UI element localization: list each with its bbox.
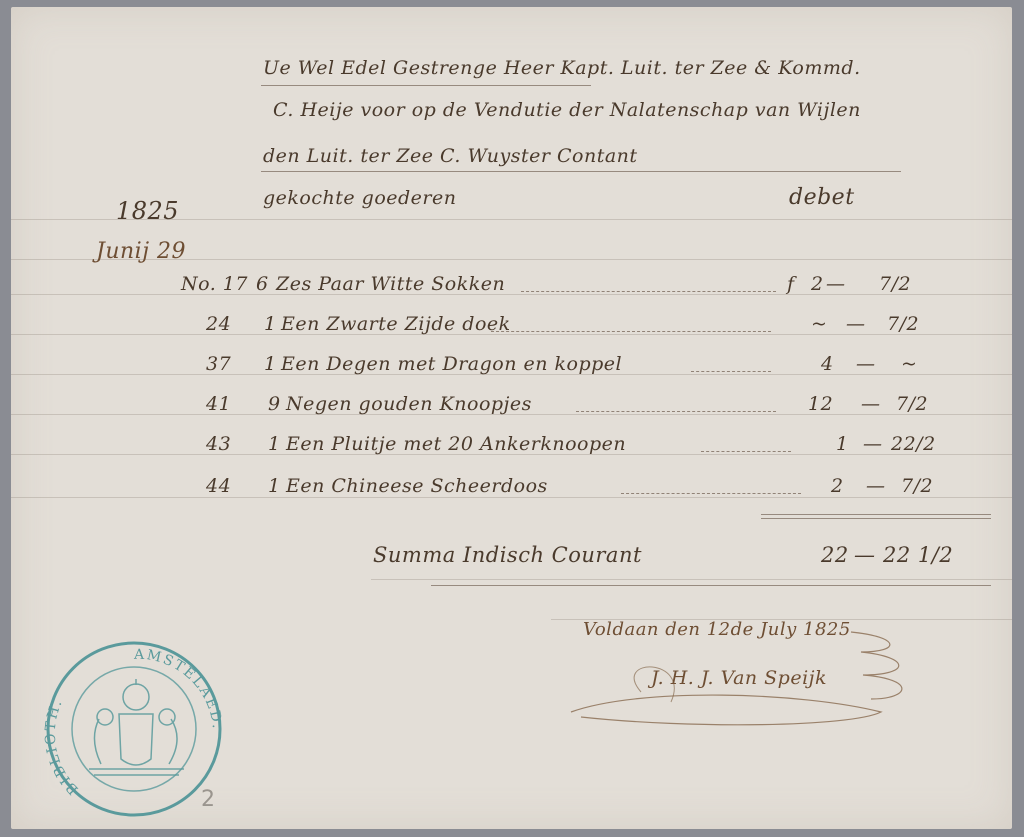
item-number: 37 bbox=[206, 353, 231, 375]
item-number: 24 bbox=[206, 313, 231, 335]
leader-dashes bbox=[521, 291, 776, 292]
total-separator-line bbox=[761, 514, 991, 515]
amount-stuivers: 7/2 bbox=[901, 475, 933, 497]
svg-text:BIBLIOTH.: BIBLIOTH. bbox=[43, 696, 82, 798]
amount-stuivers: 7/2 bbox=[879, 273, 911, 295]
header-underline bbox=[261, 171, 901, 172]
item-number: 43 bbox=[206, 433, 231, 455]
item-qty: 1 bbox=[268, 433, 281, 455]
item-qty: 6 bbox=[256, 273, 269, 295]
total-underline bbox=[431, 585, 991, 586]
date-year: 1825 bbox=[116, 197, 179, 225]
item-number: 41 bbox=[206, 393, 231, 415]
total-stuivers: 22 1/2 bbox=[883, 543, 953, 567]
item-description: Een Pluitje met 20 Ankerknoopen bbox=[286, 433, 626, 455]
ruled-line bbox=[371, 579, 1012, 580]
item-number: 44 bbox=[206, 475, 231, 497]
item-description: Negen gouden Knoopjes bbox=[286, 393, 532, 415]
leader-dashes bbox=[491, 331, 771, 332]
item-description: Een Zwarte Zijde doek bbox=[281, 313, 511, 335]
amount-guilders: 4 bbox=[821, 353, 834, 375]
amount-stuivers: ~ bbox=[901, 353, 917, 375]
header-line-1: Ue Wel Edel Gestrenge Heer Kapt. Luit. t… bbox=[263, 57, 861, 79]
debet-label: debet bbox=[789, 185, 855, 210]
header-line-2: C. Heije voor op de Vendutie der Nalaten… bbox=[273, 99, 861, 121]
date-month-day: Junij 29 bbox=[96, 239, 186, 264]
leader-dashes bbox=[576, 411, 776, 412]
total-guilders: 22 bbox=[821, 543, 849, 567]
leader-dashes bbox=[621, 493, 801, 494]
amount-guilders: 2 bbox=[811, 273, 824, 295]
item-qty: 1 bbox=[264, 313, 277, 335]
total-separator-line bbox=[761, 518, 991, 519]
item-qty: 1 bbox=[268, 475, 281, 497]
pencil-note: 2 bbox=[201, 787, 215, 812]
item-description: Een Chineese Scheerdoos bbox=[286, 475, 548, 497]
leader-dashes bbox=[691, 371, 771, 372]
leader-dashes bbox=[701, 451, 791, 452]
signature-flourish bbox=[551, 617, 911, 737]
amount-stuivers: 7/2 bbox=[896, 393, 928, 415]
item-description: Een Degen met Dragon en koppel bbox=[281, 353, 622, 375]
amount-guilders: 12 bbox=[808, 393, 833, 415]
currency-symbol: f bbox=[787, 273, 795, 295]
item-description: Zes Paar Witte Sokken bbox=[276, 273, 505, 295]
amount-stuivers: 22/2 bbox=[891, 433, 936, 455]
header-line-4: gekochte goederen bbox=[263, 187, 456, 209]
item-qty: 9 bbox=[268, 393, 281, 415]
ruled-line bbox=[11, 497, 1012, 498]
amount-guilders: 1 bbox=[836, 433, 849, 455]
amount-stuivers: 7/2 bbox=[887, 313, 919, 335]
item-qty: 1 bbox=[264, 353, 277, 375]
amount-guilders: ~ bbox=[811, 313, 827, 335]
header-underline bbox=[261, 85, 591, 86]
ruled-line bbox=[11, 294, 1012, 295]
stamp-text-left: BIBLIOTH. bbox=[43, 696, 82, 798]
total-label: Summa Indisch Courant bbox=[373, 543, 642, 567]
document-paper: Ue Wel Edel Gestrenge Heer Kapt. Luit. t… bbox=[11, 7, 1012, 829]
header-line-3: den Luit. ter Zee C. Wuyster Contant bbox=[263, 145, 638, 167]
item-number: No. 17 bbox=[181, 273, 248, 295]
amount-guilders: 2 bbox=[831, 475, 844, 497]
